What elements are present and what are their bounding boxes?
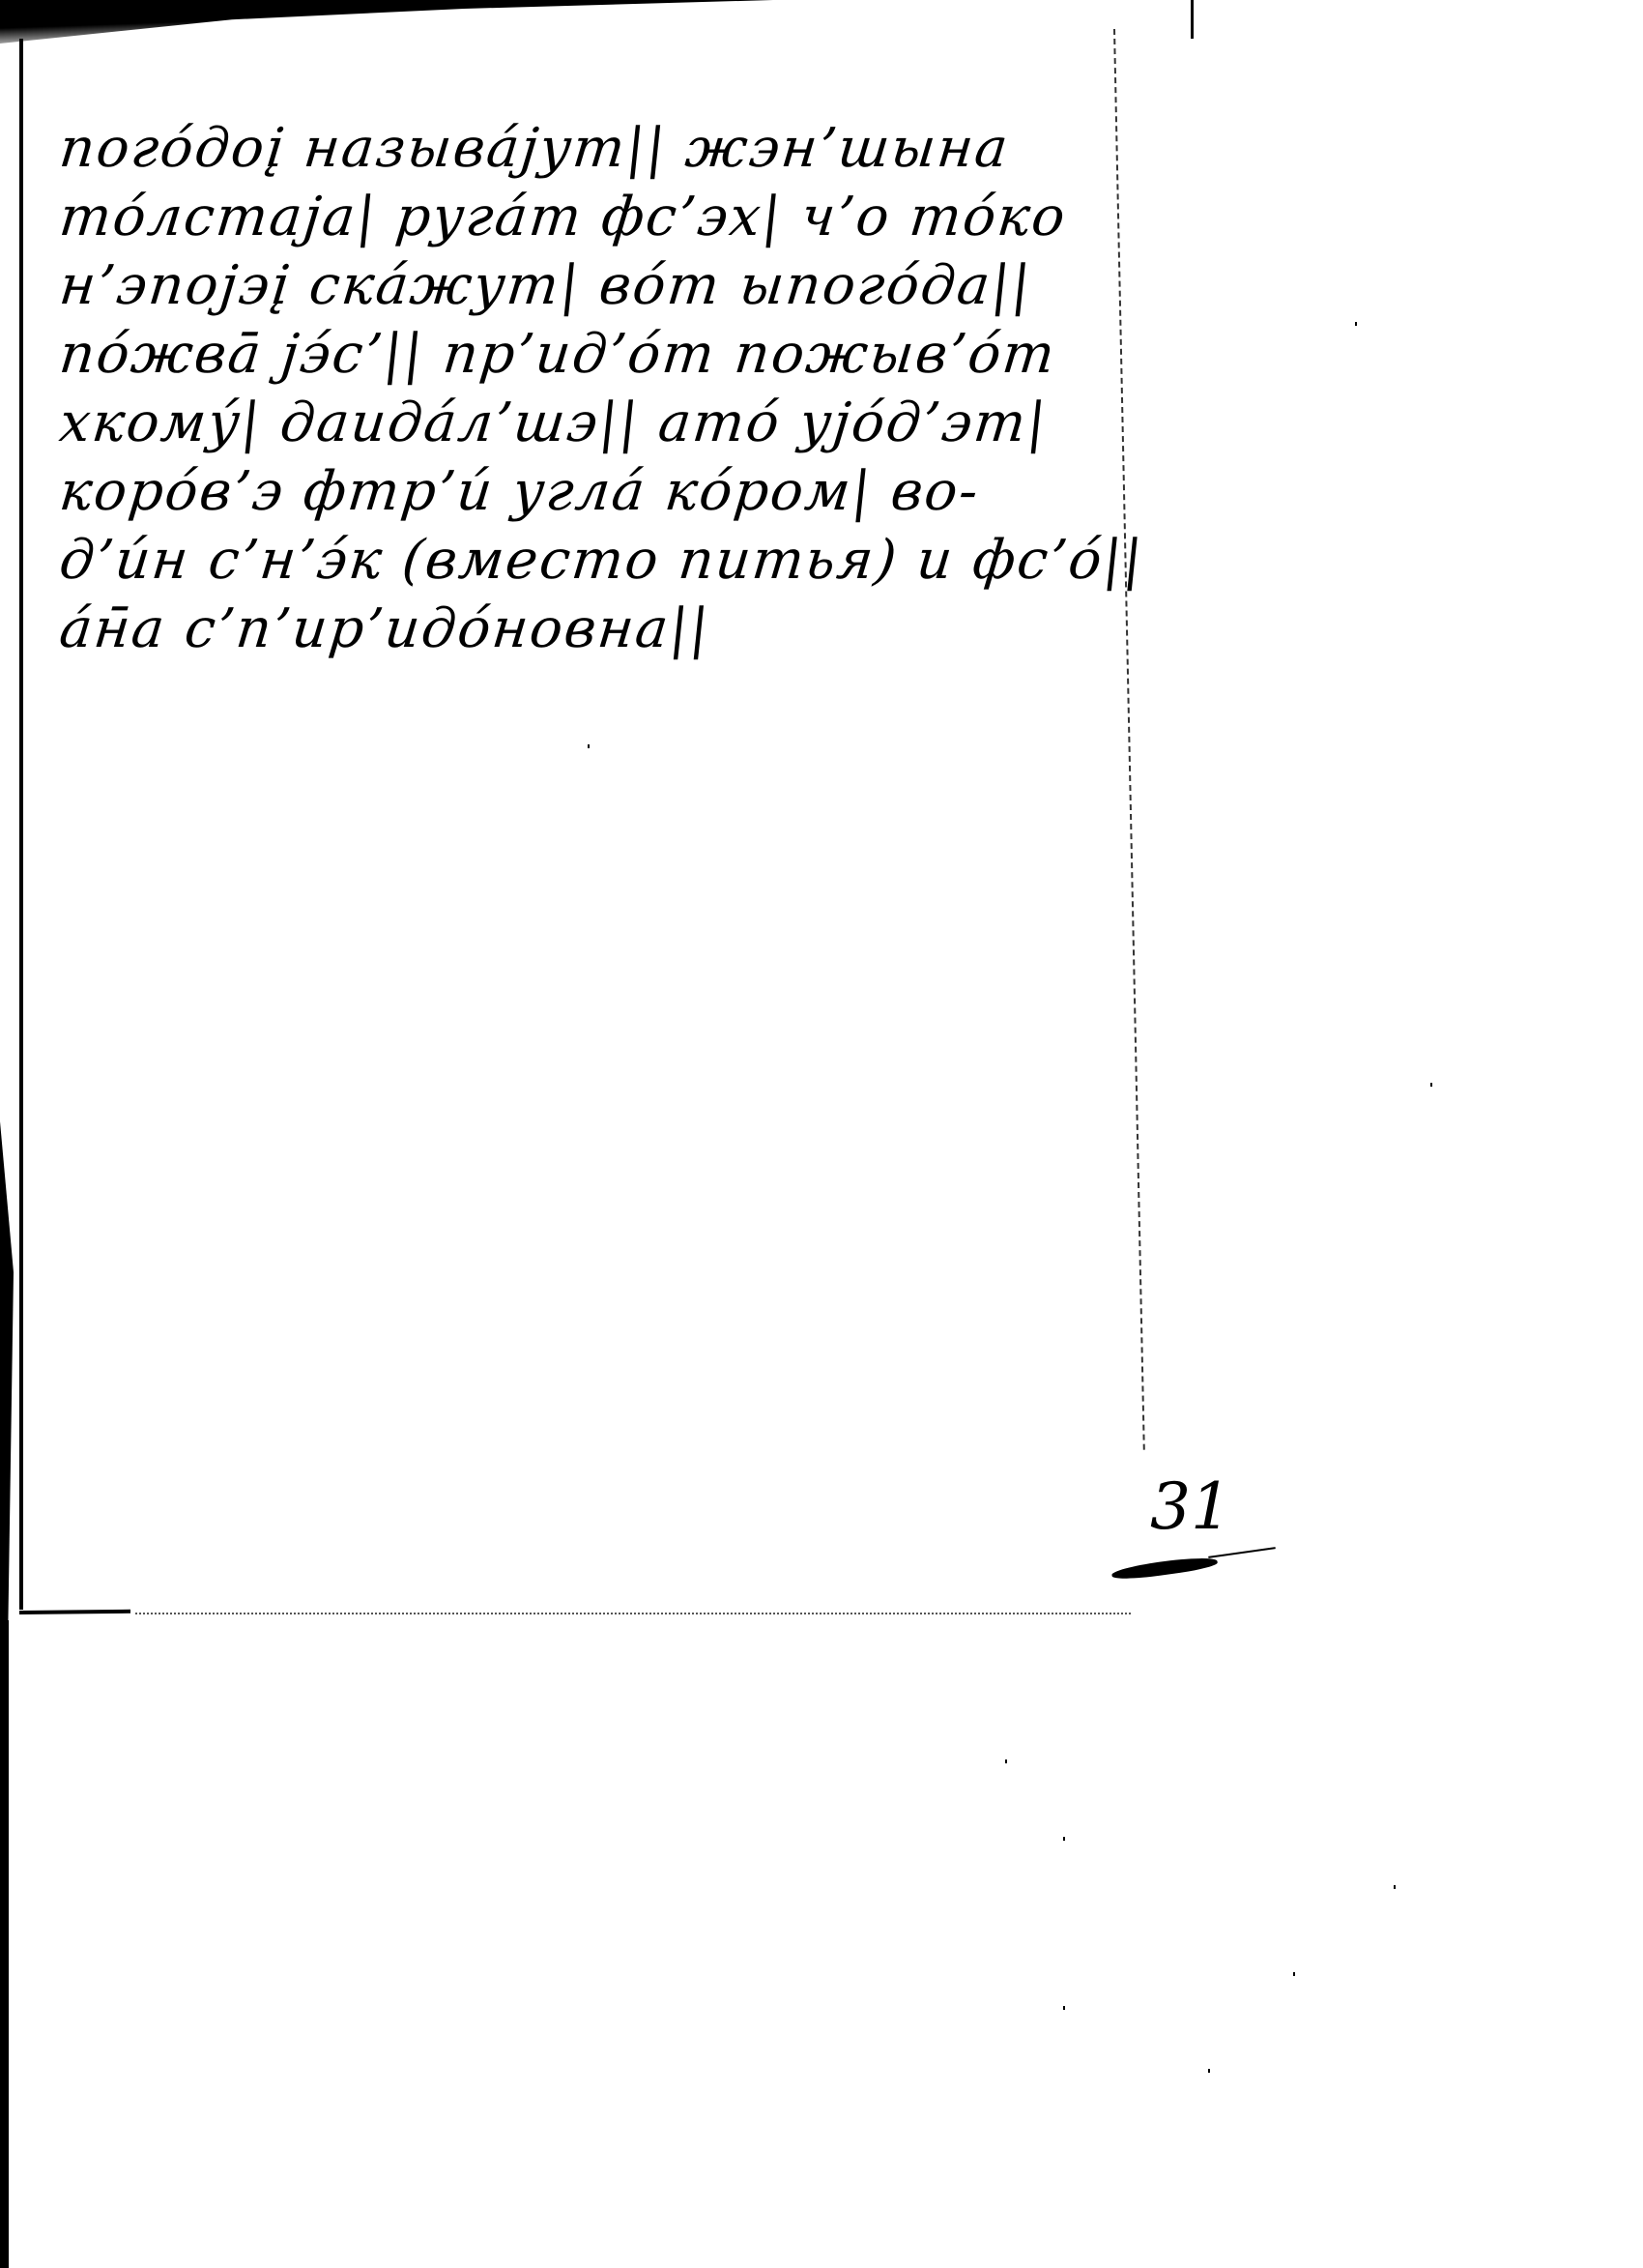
text-line: тóлстаја| ругáт фс’эх| ч’о тóко [56, 183, 1126, 251]
page-border-left [19, 39, 23, 1610]
page-border-bottom-dotted [135, 1613, 1131, 1614]
scan-speck [1063, 2006, 1065, 2010]
text-line: а́н̄а с’п’ир’идóновна|| [56, 595, 1126, 663]
text-line: пóжва̄ јэ́с’|| пр’ид’óт пожыв’óт [56, 320, 1126, 389]
scan-speck [1394, 1885, 1396, 1889]
scan-speck [1005, 1759, 1007, 1763]
scan-speck [588, 744, 590, 748]
text-line: погóдоį назывáјут|| жэн’шына [56, 114, 1126, 183]
page-number: 31 [1150, 1469, 1231, 1544]
scan-speck [300, 0, 302, 4]
signature-mark [1111, 1554, 1219, 1582]
scan-speck [1208, 2069, 1210, 2073]
text-line: н’эпојэį скáжут| вóт ыпогóда|| [56, 251, 1126, 320]
scan-speck [1293, 1972, 1295, 1976]
page-border-bottom [19, 1610, 130, 1614]
text-line: хкому́| даида́л’шэ|| атó ујо́д’эт| [56, 389, 1126, 457]
scan-speck [1063, 1837, 1065, 1841]
text-line: коро́в’э фтр’и́ угла́ кóром| во- [56, 457, 1126, 526]
scan-speck [1430, 1083, 1432, 1087]
scan-shadow [0, 0, 773, 44]
signature-stroke [1208, 1547, 1276, 1558]
fold-line [1191, 0, 1194, 39]
scan-speck [1355, 322, 1357, 326]
binding-shadow [0, 1121, 14, 1624]
binding-shadow-lower [0, 1620, 9, 2268]
handwritten-transcription: погóдоį назывáјут|| жэн’шына тóлстаја| р… [60, 114, 1123, 663]
text-line: д’и́н с’н’э́к (вместо питья) и фс’о́|| [56, 526, 1126, 595]
